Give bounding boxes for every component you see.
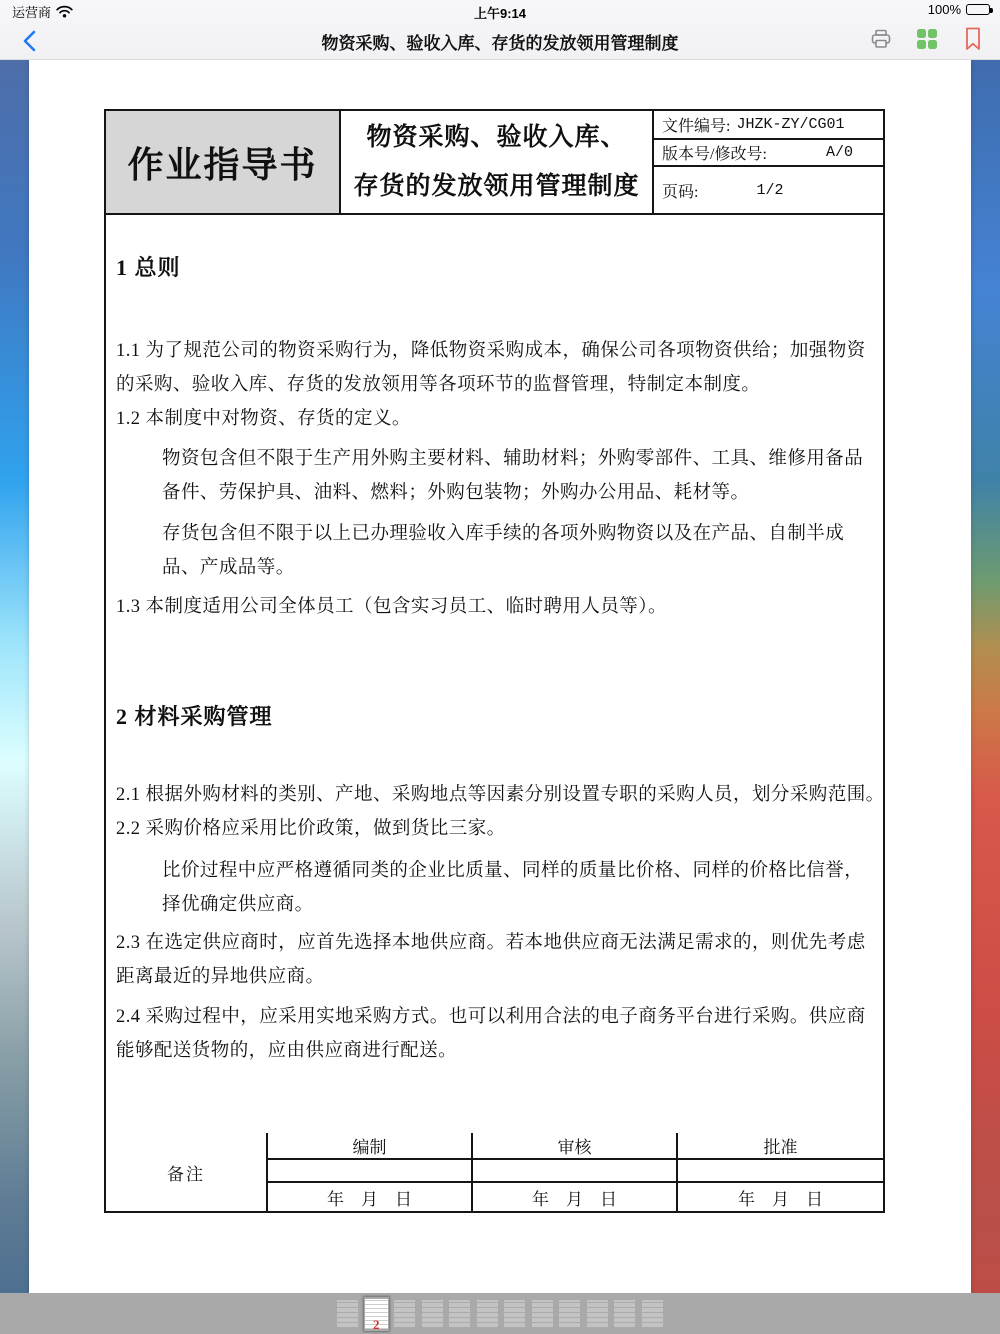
doc-table: 作业指导书 物资采购、验收入库、 存货的发放领用管理制度 文件编号: JHZK-… bbox=[104, 109, 885, 1213]
date-cell-review: 年 月 日 bbox=[473, 1183, 678, 1211]
page-thumbnail-4[interactable] bbox=[420, 1297, 445, 1330]
printer-icon bbox=[870, 28, 892, 50]
back-button[interactable] bbox=[16, 28, 42, 54]
doc-body: 1 总则 1.1 为了规范公司的物资采购行为，降低物资采购成本，确保公司各项物资… bbox=[106, 215, 883, 1133]
date-cell-compile: 年 月 日 bbox=[268, 1183, 473, 1211]
active-page-number: 2 bbox=[363, 1317, 390, 1333]
section-heading-2: 2 材料采购管理 bbox=[116, 700, 273, 731]
page-thumbnail-8[interactable] bbox=[530, 1297, 555, 1330]
paragraph-2-4: 2.4 采购过程中，应采用实地采购方式。也可以利用合法的电子商务平台进行采购。供… bbox=[116, 1000, 881, 1068]
thumbnails-button[interactable] bbox=[914, 26, 940, 52]
doc-header: 作业指导书 物资采购、验收入库、 存货的发放领用管理制度 文件编号: JHZK-… bbox=[106, 111, 883, 215]
remark-cell: 备注 bbox=[106, 1133, 268, 1211]
doc-meta-cell: 文件编号: JHZK-ZY/CG01 版本号/修改号: A/0 页码: 1/2 bbox=[654, 111, 883, 213]
paragraph-2-2: 2.2 采购价格应采用比价政策，做到货比三家。 bbox=[116, 812, 881, 846]
page-thumbnail-5[interactable] bbox=[447, 1297, 472, 1330]
grid-icon bbox=[917, 29, 938, 50]
col-header-compile: 编制 bbox=[268, 1133, 473, 1160]
signature-cell-review bbox=[473, 1160, 678, 1183]
doc-version-value: A/0 bbox=[826, 144, 853, 161]
doc-number-value: JHZK-ZY/CG01 bbox=[736, 116, 844, 133]
paragraph-1-2: 1.2 本制度中对物资、存货的定义。 bbox=[116, 402, 881, 436]
chevron-left-icon bbox=[23, 30, 36, 52]
col-header-approve: 批准 bbox=[678, 1133, 883, 1160]
pager-bar: 2 bbox=[0, 1293, 1000, 1334]
paragraph-2-3: 2.3 在选定供应商时，应首先选择本地供应商。若本地供应商无法满足需求的，则优先… bbox=[116, 926, 881, 994]
app-screen: 运营商 上午9:14 100% 物资采购、验收入库、存货的发放领用管理制度 bbox=[0, 0, 1000, 1334]
page-thumbnail-3[interactable] bbox=[392, 1297, 417, 1330]
paragraph-1-2-inventory: 存货包含但不限于以上已办理验收入库手续的各项外购物资以及在产品、自制半成 品、产… bbox=[162, 517, 883, 585]
page-thumbnail-2-active[interactable]: 2 bbox=[363, 1296, 390, 1332]
status-bar: 运营商 上午9:14 100% bbox=[0, 0, 1000, 20]
col-header-review: 审核 bbox=[473, 1133, 678, 1160]
doc-number-row: 文件编号: JHZK-ZY/CG01 bbox=[654, 111, 883, 140]
doc-version-label: 版本号/修改号: bbox=[662, 141, 767, 164]
signature-cell-approve bbox=[678, 1160, 883, 1183]
doc-title-cell: 物资采购、验收入库、 存货的发放领用管理制度 bbox=[341, 111, 654, 213]
page-thumbnail-1[interactable] bbox=[335, 1297, 360, 1330]
bookmark-icon bbox=[964, 27, 982, 51]
page-thumbnail-11[interactable] bbox=[612, 1297, 637, 1330]
battery-icon bbox=[966, 4, 990, 15]
paragraph-1-1: 1.1 为了规范公司的物资采购行为，降低物资采购成本，确保公司各项物资供给；加强… bbox=[116, 334, 881, 402]
page-thumbnail-9[interactable] bbox=[557, 1297, 582, 1330]
page-thumbnail-12[interactable] bbox=[640, 1297, 665, 1330]
top-bar: 运营商 上午9:14 100% 物资采购、验收入库、存货的发放领用管理制度 bbox=[0, 0, 1000, 60]
page-thumbnail-10[interactable] bbox=[585, 1297, 610, 1330]
paragraph-2-1: 2.1 根据外购材料的类别、产地、采购地点等因素分别设置专职的采购人员，划分采购… bbox=[116, 778, 881, 812]
paragraph-2-2-detail: 比价过程中应严格遵循同类的企业比质量、同样的质量比价格、同样的价格比信誉， 择优… bbox=[162, 854, 883, 922]
doc-version-row: 版本号/修改号: A/0 bbox=[654, 140, 883, 167]
print-button[interactable] bbox=[868, 26, 894, 52]
nav-bar: 物资采购、验收入库、存货的发放领用管理制度 bbox=[0, 20, 1000, 60]
doc-pagenum-value: 1/2 bbox=[756, 182, 783, 199]
bookmark-button[interactable] bbox=[960, 26, 986, 52]
nav-title: 物资采购、验收入库、存货的发放领用管理制度 bbox=[120, 29, 880, 54]
paragraph-1-2-materials: 物资包含但不限于生产用外购主要材料、辅助材料；外购零部件、工具、维修用备品 备件… bbox=[162, 442, 883, 510]
date-cell-approve: 年 月 日 bbox=[678, 1183, 883, 1211]
page-thumbnail-6[interactable] bbox=[475, 1297, 500, 1330]
section-heading-1: 1 总则 bbox=[116, 251, 181, 282]
signature-cell-compile bbox=[268, 1160, 473, 1183]
paragraph-1-3: 1.3 本制度适用公司全体员工（包含实习员工、临时聘用人员等）。 bbox=[116, 590, 881, 624]
doc-type-cell: 作业指导书 bbox=[106, 111, 341, 213]
page-thumbnail-7[interactable] bbox=[502, 1297, 527, 1330]
doc-pagenum-label: 页码: bbox=[662, 179, 698, 202]
doc-pagenum-row: 页码: 1/2 bbox=[654, 167, 883, 213]
battery-percent: 100% bbox=[928, 2, 961, 17]
wallpaper-right-strip bbox=[971, 60, 1000, 1334]
doc-number-label: 文件编号: bbox=[662, 113, 730, 136]
wallpaper-left-strip bbox=[0, 60, 29, 1334]
doc-footer: 备注 编制 审核 批准 年 月 日 年 月 日 年 月 日 bbox=[106, 1133, 883, 1211]
